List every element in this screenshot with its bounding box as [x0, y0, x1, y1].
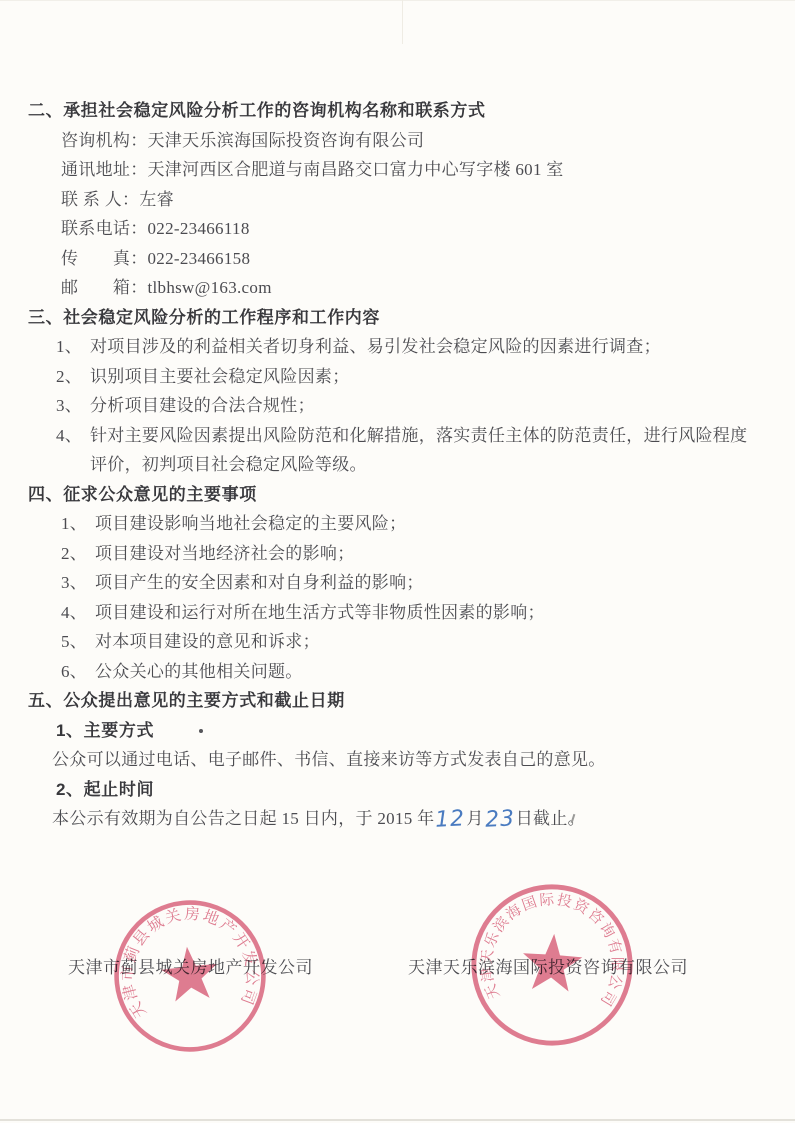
contact-row-person: 联 系 人：左睿 [61, 185, 769, 215]
contact-value: 022-23466158 [148, 249, 251, 268]
contact-row-email: 邮 箱：tlbhsw@163.com [61, 273, 769, 303]
list-item: 5、 对本项目建设的意见和诉求； [61, 627, 769, 657]
list-item: 2、 识别项目主要社会稳定风险因素； [56, 362, 769, 392]
list-item-number: 3、 [56, 391, 90, 421]
contact-value: 022-23466118 [148, 219, 250, 238]
list-item: 4、 针对主要风险因素提出风险防范和化解措施，落实责任主体的防范责任，进行风险程… [56, 421, 769, 480]
list-item: 1、 项目建设影响当地社会稳定的主要风险； [61, 509, 769, 539]
contact-row-phone: 联系电话：022-23466118 [61, 214, 769, 244]
list-item-text: 项目建设对当地经济社会的影响； [95, 539, 355, 569]
list-item: 6、 公众关心的其他相关问题。 [61, 657, 769, 687]
scanned-notice-page: 二、承担社会稳定风险分析工作的咨询机构名称和联系方式 咨询机构：天津天乐滨海国际… [0, 0, 795, 1123]
handwritten-month: 12 [434, 808, 467, 832]
contact-label: 传 真： [61, 249, 148, 268]
subsection-title-period: 2、起止时间 [56, 775, 769, 805]
contact-label: 联系电话： [61, 219, 148, 238]
list-item: 3、 分析项目建设的合法合规性； [56, 391, 769, 421]
list-item-text: 项目建设和运行对所在地生活方式等非物质性因素的影响； [95, 598, 545, 628]
scan-edge-bottom [0, 1119, 795, 1121]
section-heading-consulting-agency: 二、承担社会稳定风险分析工作的咨询机构名称和联系方式 [28, 96, 769, 126]
seal-star-icon [159, 944, 220, 1003]
list-item: 4、 项目建设和运行对所在地生活方式等非物质性因素的影响； [61, 598, 769, 628]
list-item-number: 3、 [61, 568, 95, 598]
list-item-text: 分析项目建设的合法合规性； [90, 391, 315, 421]
contact-value: tlbhsw@163.com [148, 278, 272, 297]
list-item: 2、 项目建设对当地经济社会的影响； [61, 539, 769, 569]
company-seal-right: 天津天乐滨海国际投资咨询有限公司 [463, 876, 640, 1053]
company-seal-left: 天津市蓟县城关房地产开发公司 [104, 890, 275, 1061]
list-item-text: 识别项目主要社会稳定风险因素； [90, 362, 350, 392]
contact-label: 通讯地址： [61, 160, 148, 179]
list-item-number: 5、 [61, 627, 95, 657]
list-item-number: 2、 [56, 362, 90, 392]
contact-value: 左睿 [139, 190, 174, 209]
list-item-number: 4、 [61, 598, 95, 628]
list-item-text: 对项目涉及的利益相关者切身利益、易引发社会稳定风险的因素进行调查； [90, 332, 661, 362]
work-procedure-list: 1、 对项目涉及的利益相关者切身利益、易引发社会稳定风险的因素进行调查； 2、 … [56, 332, 769, 480]
feedback-method-block: 1、主要方式 公众可以通过电话、电子邮件、书信、直接来访等方式发表自己的意见。 … [56, 716, 769, 805]
contact-label: 联 系 人： [61, 190, 139, 209]
document-body: 二、承担社会稳定风险分析工作的咨询机构名称和联系方式 咨询机构：天津天乐滨海国际… [28, 96, 769, 834]
section-heading-work-procedure: 三、社会稳定风险分析的工作程序和工作内容 [28, 303, 769, 333]
list-item-number: 2、 [61, 539, 95, 569]
section-heading-feedback-method-deadline: 五、公众提出意见的主要方式和截止日期 [28, 686, 769, 716]
scan-artifact-dot [199, 729, 203, 733]
list-item-number: 1、 [56, 332, 90, 362]
list-item-text: 针对主要风险因素提出风险防范和化解措施，落实责任主体的防范责任，进行风险程度评价… [90, 421, 750, 480]
list-item-text: 对本项目建设的意见和诉求； [95, 627, 320, 657]
contact-row-address: 通讯地址：天津河西区合肥道与南昌路交口富力中心写字楼 601 室 [61, 155, 769, 185]
scan-artifact-line [402, 0, 403, 44]
section-heading-public-opinion-matters: 四、征求公众意见的主要事项 [28, 480, 769, 510]
contact-list: 咨询机构：天津天乐滨海国际投资咨询有限公司 通讯地址：天津河西区合肥道与南昌路交… [61, 126, 769, 303]
list-item: 1、 对项目涉及的利益相关者切身利益、易引发社会稳定风险的因素进行调查； [56, 332, 769, 362]
deadline-month-unit: 月 [466, 809, 483, 828]
list-item-text: 公众关心的其他相关问题。 [95, 657, 303, 687]
list-item-number: 6、 [61, 657, 95, 687]
deadline-text-after: 日截止。 [516, 809, 585, 828]
list-item-number: 4、 [56, 421, 90, 451]
subsection-text-method: 公众可以通过电话、电子邮件、书信、直接来访等方式发表自己的意见。 [52, 745, 769, 775]
contact-label: 邮 箱： [61, 278, 148, 297]
list-item-text: 项目产生的安全因素和对自身利益的影响； [95, 568, 424, 598]
list-item: 3、 项目产生的安全因素和对自身利益的影响； [61, 568, 769, 598]
public-opinion-list: 1、 项目建设影响当地社会稳定的主要风险； 2、 项目建设对当地经济社会的影响；… [61, 509, 769, 686]
seal-star-icon [521, 932, 584, 993]
list-item-number: 1、 [61, 509, 95, 539]
contact-value: 天津天乐滨海国际投资咨询有限公司 [148, 131, 425, 150]
contact-row-fax: 传 真：022-23466158 [61, 244, 769, 274]
list-item-text: 项目建设影响当地社会稳定的主要风险； [95, 509, 406, 539]
contact-label: 咨询机构： [61, 131, 148, 150]
handwritten-day: 23 [483, 808, 516, 832]
deadline-text-before: 本公示有效期为自公告之日起 15 日内，于 2015 年 [52, 809, 434, 828]
subsection-title-method: 1、主要方式 [56, 716, 769, 746]
deadline-sentence: 本公示有效期为自公告之日起 15 日内，于 2015 年12月23日截止。 [52, 804, 769, 834]
contact-value: 天津河西区合肥道与南昌路交口富力中心写字楼 601 室 [148, 160, 564, 179]
scan-edge-top [0, 0, 795, 1]
contact-row-agency: 咨询机构：天津天乐滨海国际投资咨询有限公司 [61, 126, 769, 156]
